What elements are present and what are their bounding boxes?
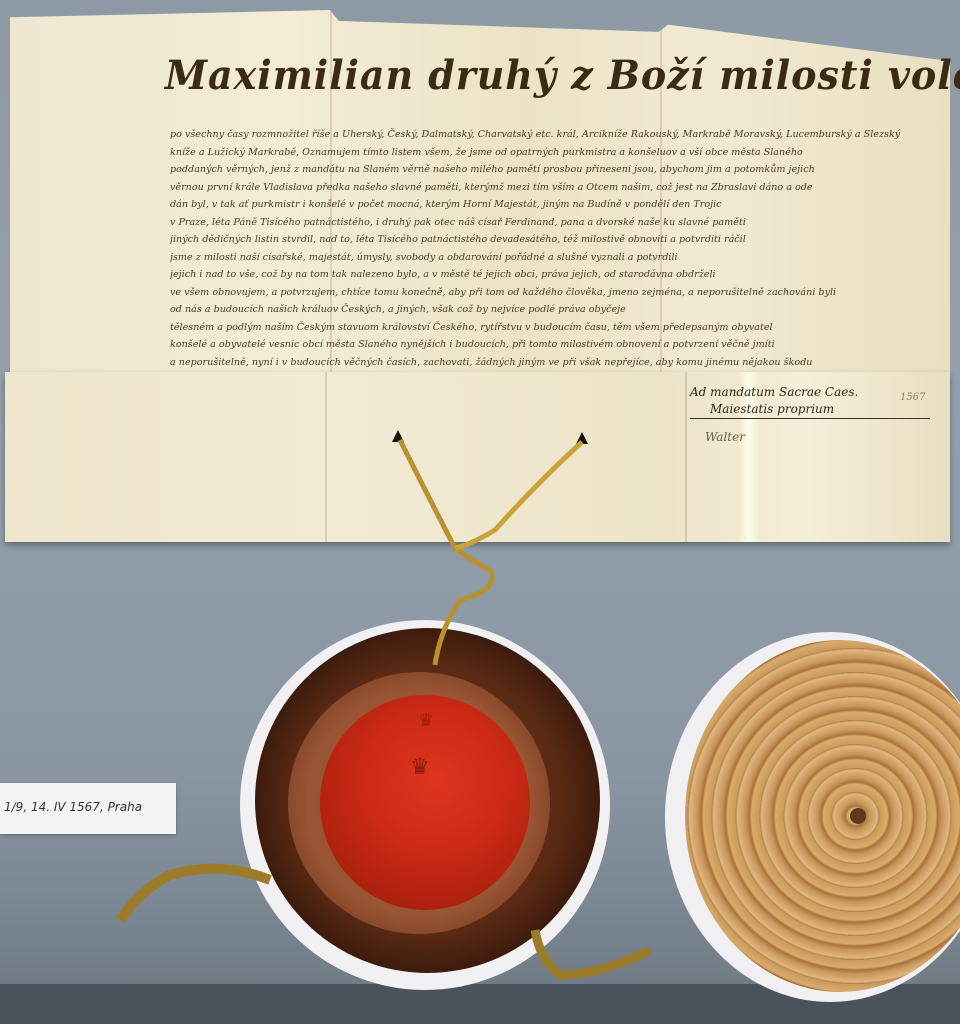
cord-icon — [0, 0, 960, 1024]
photo-scene: Maximilian druhý z Boží milosti volený Ř… — [0, 0, 960, 1024]
